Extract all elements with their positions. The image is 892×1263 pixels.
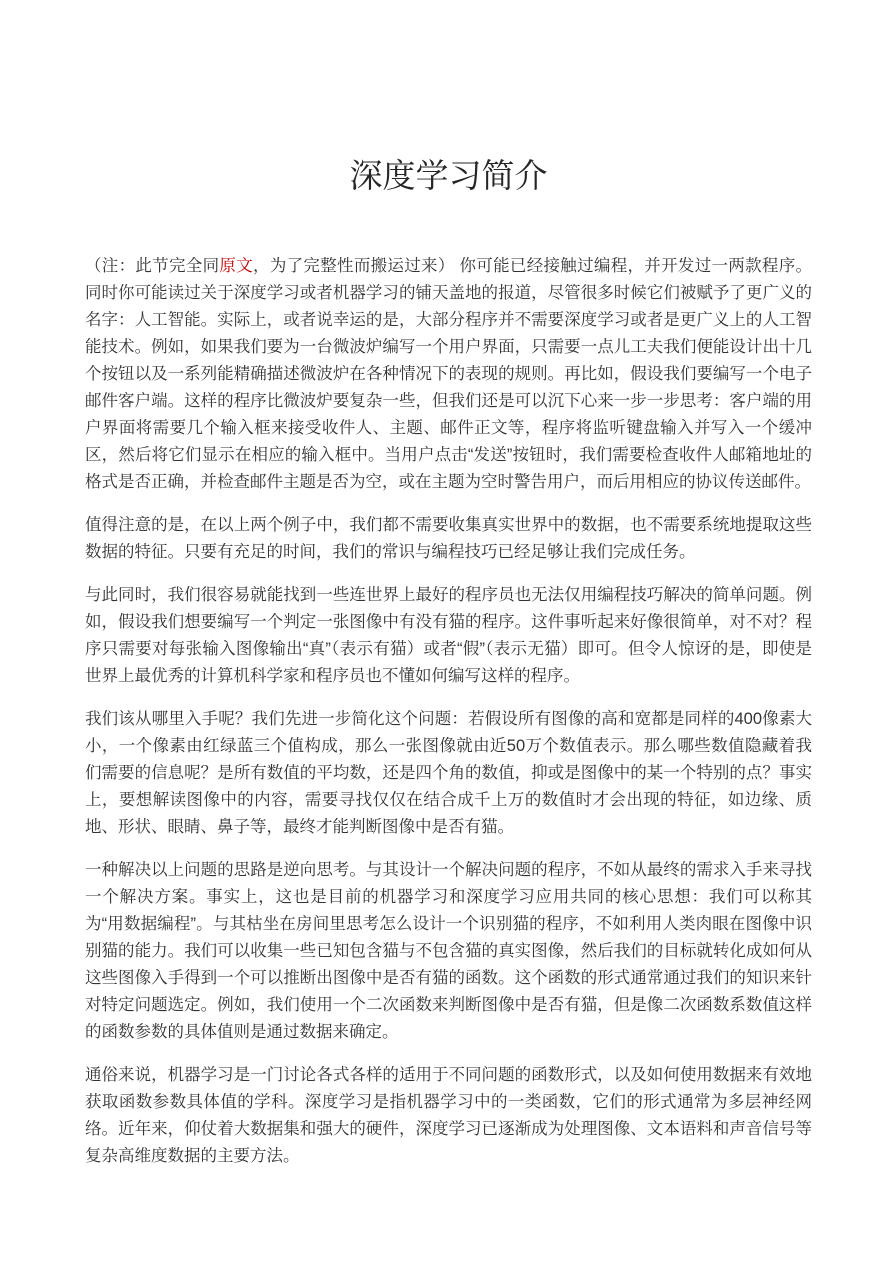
- paragraph-intro-note: （注：此节完全同原文，为了完整性而搬运过来） 你可能已经接触过编程，并开发过一两…: [85, 253, 812, 496]
- paragraph-no-data-needed: 值得注意的是，在以上两个例子中，我们都不需要收集真实世界中的数据，也不需要系统地…: [85, 512, 812, 566]
- page-title: 深度学习简介: [85, 155, 812, 198]
- document-page: 深度学习简介 （注：此节完全同原文，为了完整性而搬运过来） 你可能已经接触过编程…: [0, 0, 892, 1263]
- note-prefix-text: （注：此节完全同: [85, 257, 219, 275]
- paragraph-image-values: 我们该从哪里入手呢？我们先进一步简化这个问题：若假设所有图像的高和宽都是同样的4…: [85, 706, 812, 841]
- original-text-link[interactable]: 原文: [219, 257, 253, 275]
- paragraph-machine-learning-definition: 通俗来说，机器学习是一门讨论各式各样的适用于不同问题的函数形式，以及如何使用数据…: [85, 1062, 812, 1170]
- paragraph-intro-text: ，为了完整性而搬运过来） 你可能已经接触过编程，并开发过一两款程序。同时你可能读…: [85, 257, 812, 491]
- paragraph-cat-detection-problem: 与此同时，我们很容易就能找到一些连世界上最好的程序员也无法仅用编程技巧解决的简单…: [85, 582, 812, 690]
- paragraph-programming-with-data: 一种解决以上问题的思路是逆向思考。与其设计一个解决问题的程序，不如从最终的需求入…: [85, 857, 812, 1046]
